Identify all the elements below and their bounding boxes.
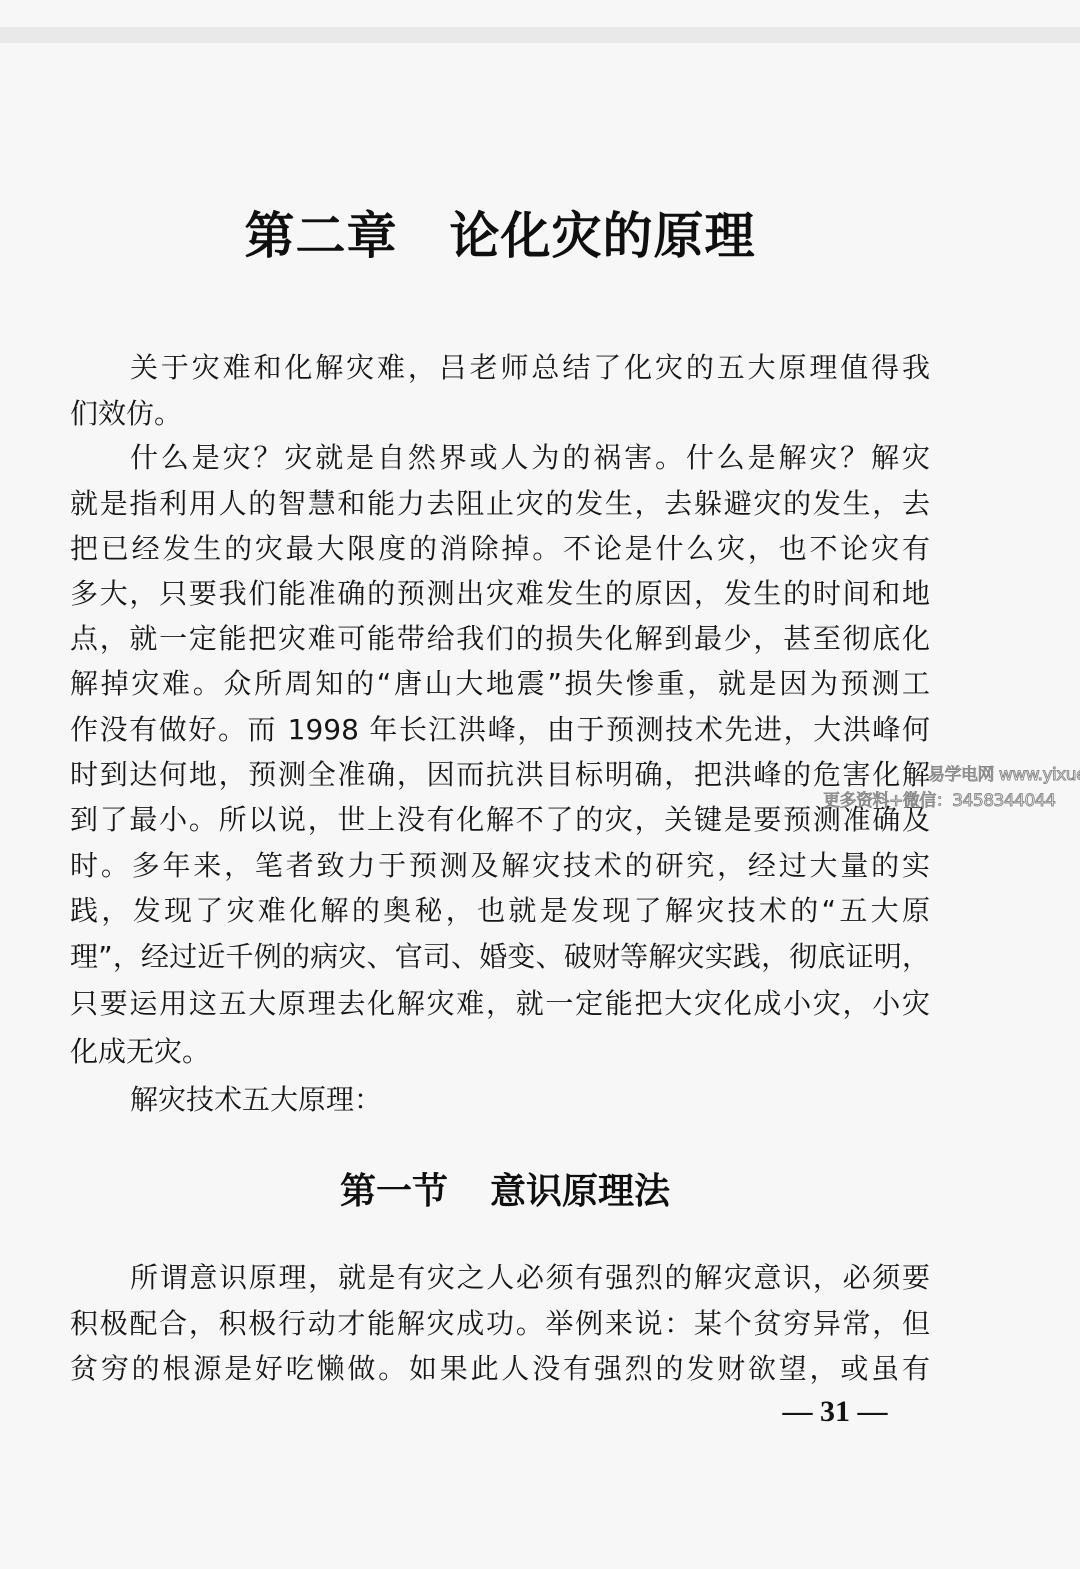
watermark-line2: 更多资料+微信：3458344044: [823, 786, 1055, 811]
scan-top-band: [0, 27, 1080, 43]
chapter-title: 第二章论化灾的原理: [0, 196, 1000, 268]
text-line: 解掉灾难。众所周知的“唐山大地震”损失惨重，就是因为预测工: [70, 666, 930, 702]
text-line: 到了最小。所以说，世上没有化解不了的灾，关键是要预测准确及: [70, 802, 930, 838]
text-line: 化成无灾。: [70, 1034, 930, 1070]
text-line: 多大，只要我们能准确的预测出灾难发生的原因，发生的时间和地: [70, 576, 930, 612]
chapter-number: 第二章: [245, 207, 398, 265]
page-number: — 31 —: [760, 1395, 910, 1429]
text-line: 践，发现了灾难化解的奥秘，也就是发现了解灾技术的“五大原: [70, 893, 930, 929]
text-line: 就是指利用人的智慧和能力去阻止灾的发生，去躲避灾的发生，去: [70, 486, 930, 522]
text-line: 关于灾难和化解灾难，吕老师总结了化灾的五大原理值得我: [130, 350, 930, 386]
section-title: 第一节意识原理法: [0, 1163, 1010, 1214]
text-line: 时到达何地，预测全准确，因而抗洪目标明确，把洪峰的危害化解: [70, 757, 930, 793]
watermark-line1: 易学电网 www.yixue88.cn: [928, 760, 1080, 785]
text-line: 理”，经过近千例的病灾、官司、婚变、破财等解灾实践，彻底证明，: [70, 939, 930, 975]
text-line: 只要运用这五大原理去化解灾难，就一定能把大灾化成小灾，小灾: [70, 986, 930, 1022]
text-line: 把已经发生的灾最大限度的消除掉。不论是什么灾，也不论灾有: [70, 531, 930, 567]
text-line: 时。多年来，笔者致力于预测及解灾技术的研究，经过大量的实: [70, 848, 930, 884]
text-line: 点，就一定能把灾难可能带给我们的损失化解到最少，甚至彻底化: [70, 621, 930, 657]
text-line: 作没有做好。而 1998 年长江洪峰，由于预测技术先进，大洪峰何: [70, 712, 930, 748]
text-line: 积极配合，积极行动才能解灾成功。举例来说：某个贫穷异常，但: [70, 1306, 930, 1342]
text-line: 所谓意识原理，就是有灾之人必须有强烈的解灾意识，必须要: [130, 1260, 930, 1296]
text-line: 贫穷的根源是好吃懒做。如果此人没有强烈的发财欲望，或虽有: [70, 1351, 930, 1387]
section-number: 第一节: [340, 1171, 448, 1212]
section-name: 意识原理法: [490, 1171, 670, 1212]
text-line: 什么是灾？灾就是自然界或人为的祸害。什么是解灾？解灾: [130, 440, 930, 476]
text-line: 解灾技术五大原理：: [130, 1082, 930, 1118]
text-line: 们效仿。: [70, 396, 930, 432]
chapter-name: 论化灾的原理: [450, 207, 756, 265]
